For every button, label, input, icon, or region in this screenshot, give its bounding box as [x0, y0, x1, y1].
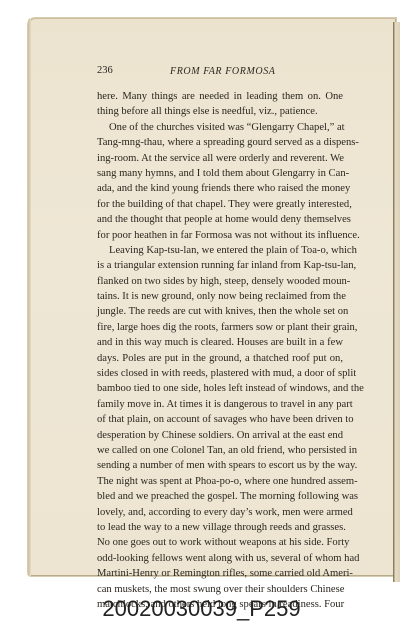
text-line: ada, and the kind young friends there wh… [97, 181, 343, 196]
text-line: for poor heathen in far Formosa was not … [97, 228, 343, 243]
text-line: for the building of that chapel. They we… [97, 197, 343, 212]
text-line: No one goes out to work without weapons … [97, 535, 343, 550]
running-head: FROM FAR FORMOSA [170, 66, 276, 77]
scan-identifier-caption: 20020030039_P259 [0, 596, 403, 622]
text-line: fire, large hoes dig the roots, farmers … [97, 320, 343, 335]
text-line: and in this way much is cleared. Houses … [97, 335, 343, 350]
text-line: can muskets, the most swung over their s… [97, 582, 343, 597]
text-line: lovely, and, according to every day’s wo… [97, 505, 343, 520]
text-line: we called on one Colonel Tan, an old fri… [97, 443, 343, 458]
text-line: thing before all things else is needful,… [97, 104, 343, 119]
book-binding-edge [393, 22, 400, 582]
text-line: ing-room. At the service all were orderl… [97, 151, 343, 166]
text-line: sending a number of men with spears to e… [97, 458, 343, 473]
text-line: flanked on two sides by high, steep, den… [97, 274, 343, 289]
text-line: tains. It is new ground, only now being … [97, 289, 343, 304]
text-line: days. Poles are put in the ground, a tha… [97, 351, 343, 366]
text-line: One of the churches visited was “Glengar… [97, 120, 343, 135]
text-line: odd-looking fellows went along with us, … [97, 551, 343, 566]
text-line: Martini-Henry or Remington rifles, some … [97, 566, 343, 581]
text-line: sides closed in with reeds, plastered wi… [97, 366, 343, 381]
text-line: to lead the way to a new village through… [97, 520, 343, 535]
text-line: here. Many things are needed in leading … [97, 89, 343, 104]
text-line: and the thought that people at home woul… [97, 212, 343, 227]
text-line: Tang-mng-thau, where a spreading gourd s… [97, 135, 343, 150]
page-body-text: here. Many things are needed in leading … [97, 89, 343, 612]
text-line: bled and we preached the gospel. The mor… [97, 489, 343, 504]
text-line: jungle. The reeds are cut with knives, t… [97, 304, 343, 319]
text-line: Leaving Kap-tsu-lan, we entered the plai… [97, 243, 343, 258]
text-line: of that plain, on account of savages who… [97, 412, 343, 427]
text-line: is a triangular extension running far in… [97, 258, 343, 273]
page-number: 236 [97, 65, 113, 76]
text-line: sang many hymns, and I told them about G… [97, 166, 343, 181]
text-line: The night was spent at Phoa-po-o, where … [97, 474, 343, 489]
text-line: bamboo tied to one side, holes left inst… [97, 381, 343, 396]
text-line: desperation by Chinese soldiers. On arri… [97, 428, 343, 443]
text-line: family move in. At times it is dangerous… [97, 397, 343, 412]
